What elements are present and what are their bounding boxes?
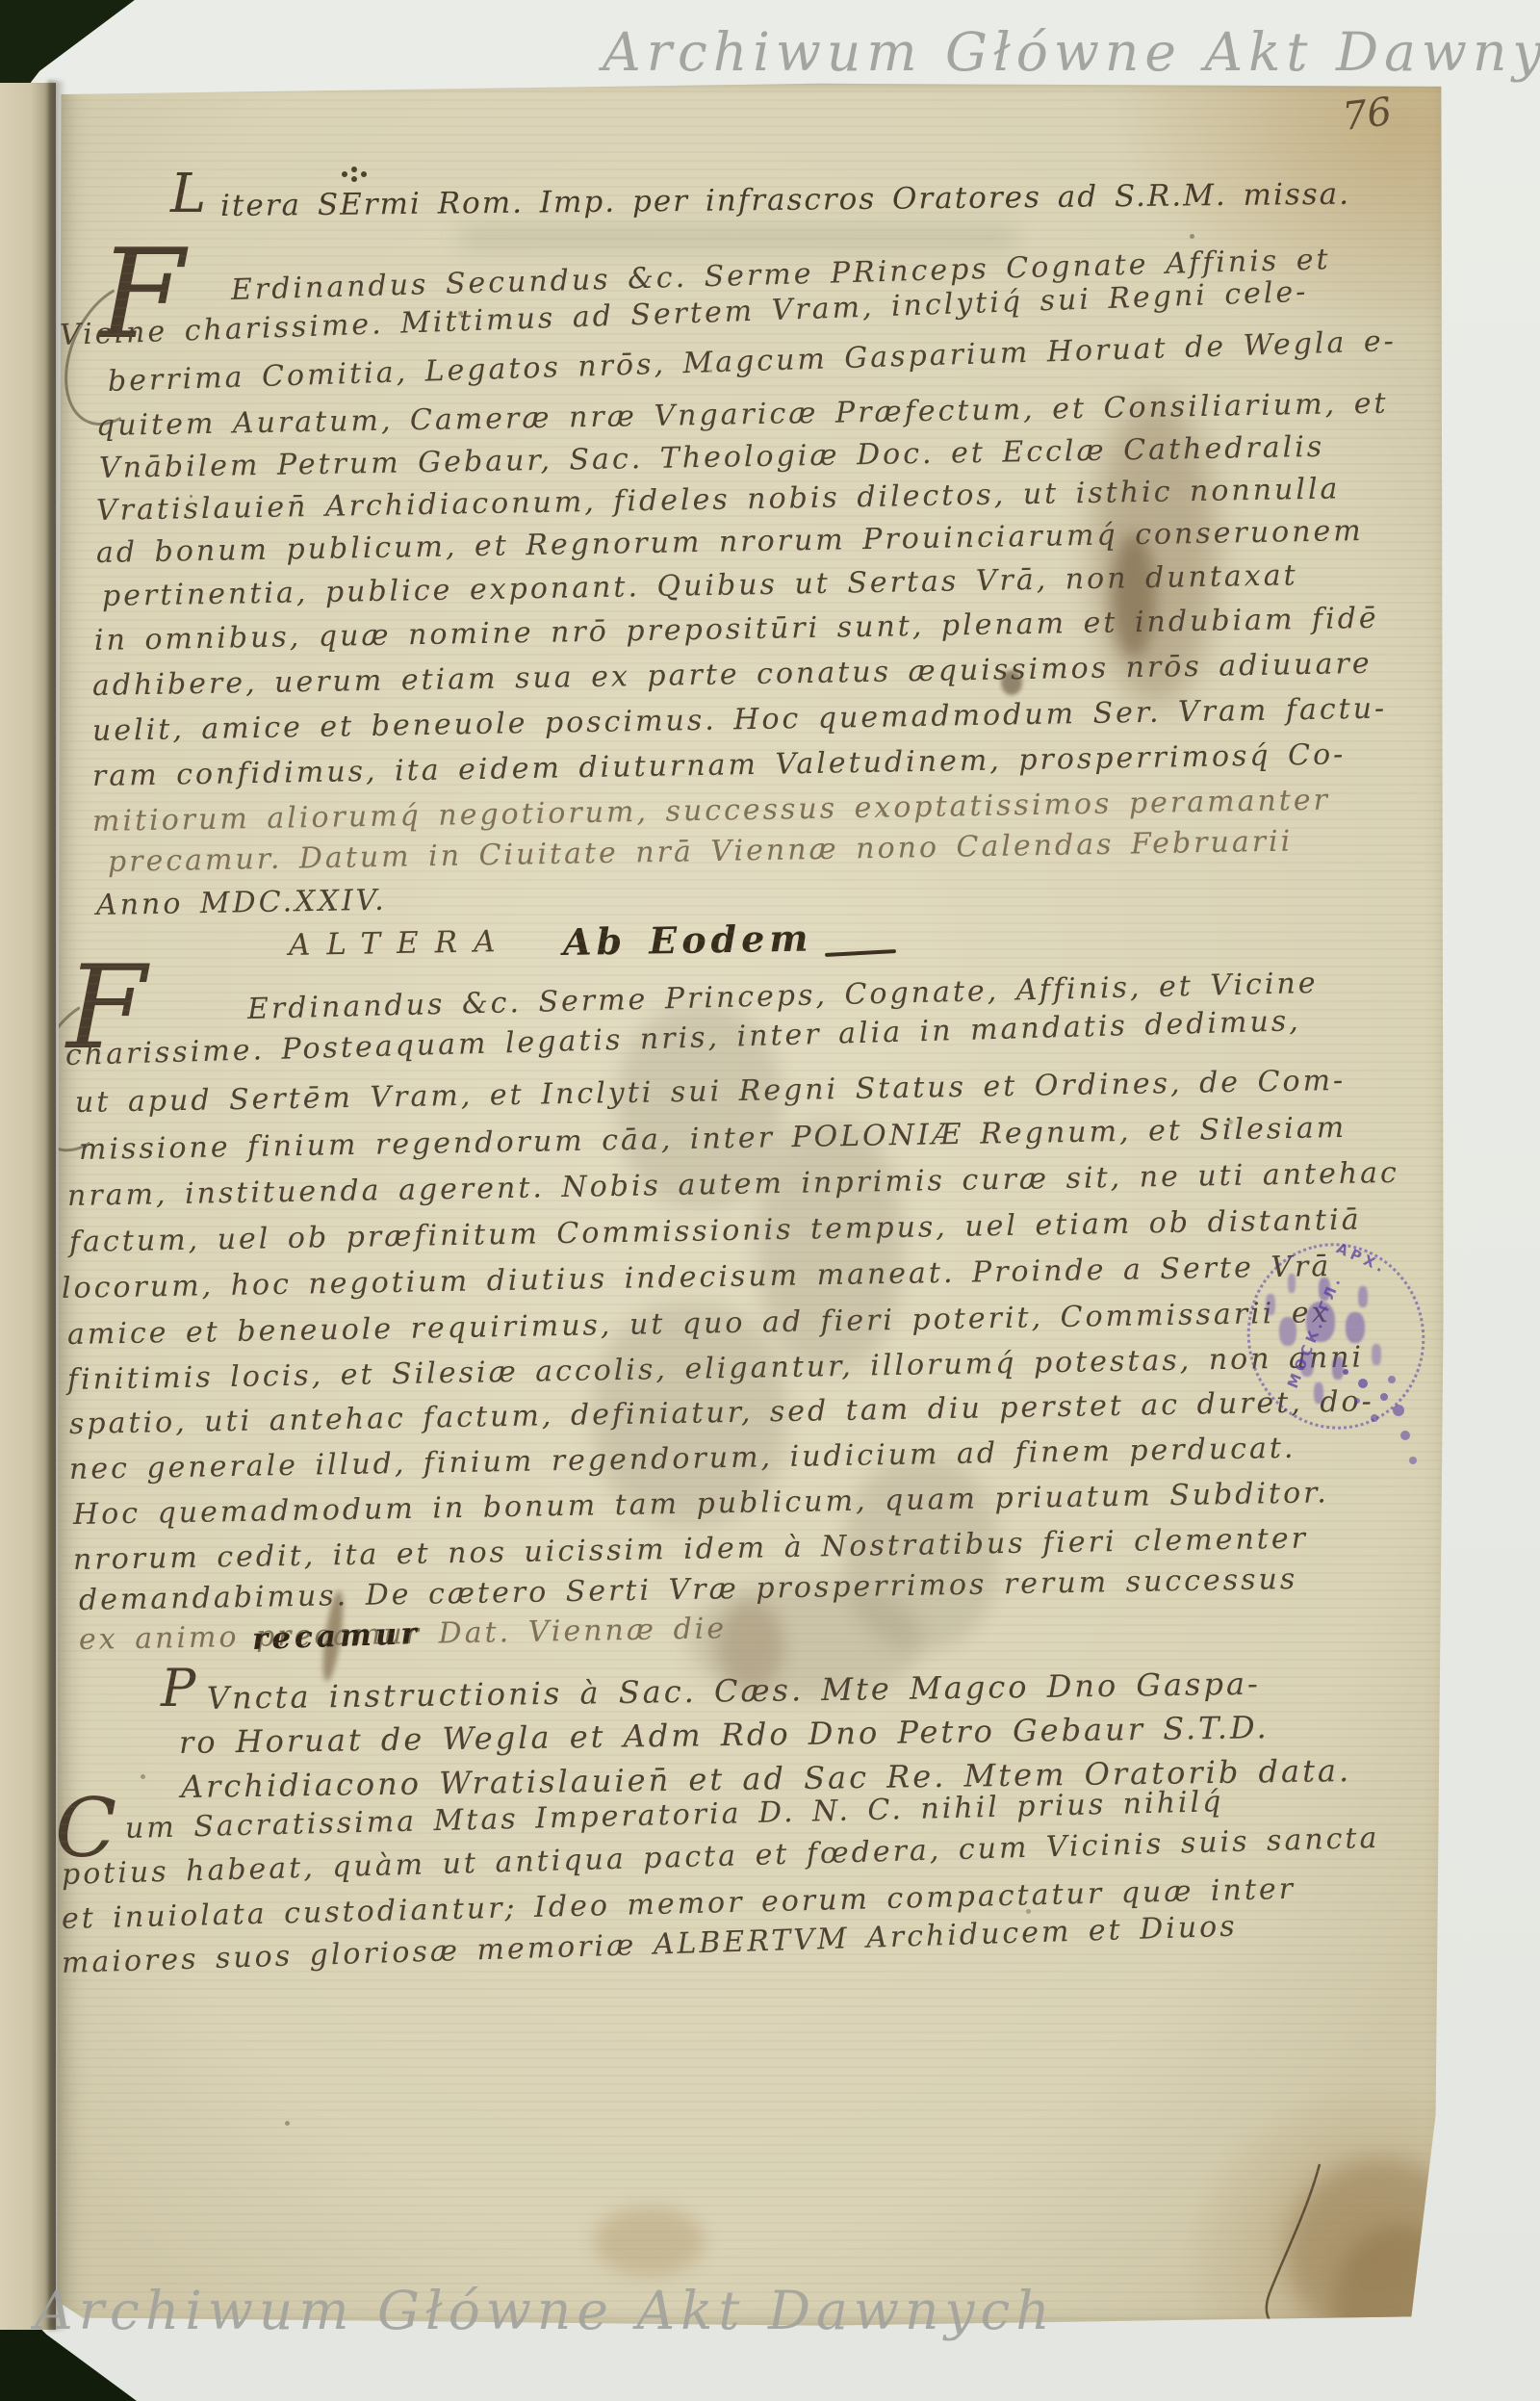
manuscript-line: factum, uel ob præfinitum Commissionis t… <box>69 1203 1362 1259</box>
title-initial: L <box>170 173 206 217</box>
manuscript-line: Vncta instructionis à Sac. Cæs. Mte Magc… <box>207 1665 1261 1717</box>
archive-watermark-top: Archiwum Główne Akt Dawnych <box>603 21 1540 83</box>
section-heading-caps: ALTERA <box>289 924 512 963</box>
manuscript-line: ro Horuat de Wegla et Adm Rdo Dno Petro … <box>179 1709 1270 1761</box>
manuscript-line: amice et beneuole requirimus, ut quo ad … <box>67 1296 1331 1352</box>
manuscript-line: ram confidimus, ita eidem diuturnam Vale… <box>92 737 1347 793</box>
manuscript-line: Anno MDC.XXIV. <box>96 884 387 922</box>
title-line: itera SErmi Rom. Imp. per infrascros Ora… <box>220 177 1350 223</box>
ink-flourish <box>1227 2158 1391 2328</box>
manuscript-line: missione finium regendorum cāa, inter PO… <box>79 1111 1347 1167</box>
manuscript-line: ut apud Sertēm Vram, et Inclyti sui Regn… <box>75 1064 1347 1120</box>
retraced-word-overlay: recamur <box>251 1616 421 1657</box>
stain <box>594 2207 705 2276</box>
ink-splatter <box>1343 1369 1348 1375</box>
puncta-initial: P <box>161 1667 195 1709</box>
section-heading: Ab Eodem <box>563 916 813 964</box>
manuscript-line: locorum, hoc negotium diutius indecisum … <box>62 1250 1332 1305</box>
stain <box>1112 533 1156 658</box>
manuscript-page: 76 L itera SErmi Rom. Imp. per infrascro… <box>55 81 1445 2328</box>
manuscript-line: nram, instituenda agerent. Nobis autem i… <box>67 1156 1399 1213</box>
ornament-asterism <box>342 171 347 177</box>
ghost-bleedthrough <box>459 225 1017 250</box>
archive-watermark-bottom: Archiwum Główne Akt Dawnych <box>35 2280 1056 2341</box>
folio-number: 76 <box>1340 90 1394 140</box>
heading-flourish-dash <box>825 949 896 957</box>
manuscript-line: nec generale illud, finium regendorum, i… <box>69 1432 1296 1486</box>
red-fiber-speck <box>93 87 99 90</box>
letter3-initial: C <box>55 1796 116 1861</box>
manuscript-line: Hoc quemadmodum in bonum tam publicum, q… <box>73 1476 1329 1532</box>
scanned-archive-photo: { "archive": { "watermark": "Archiwum Gł… <box>0 0 1540 2401</box>
